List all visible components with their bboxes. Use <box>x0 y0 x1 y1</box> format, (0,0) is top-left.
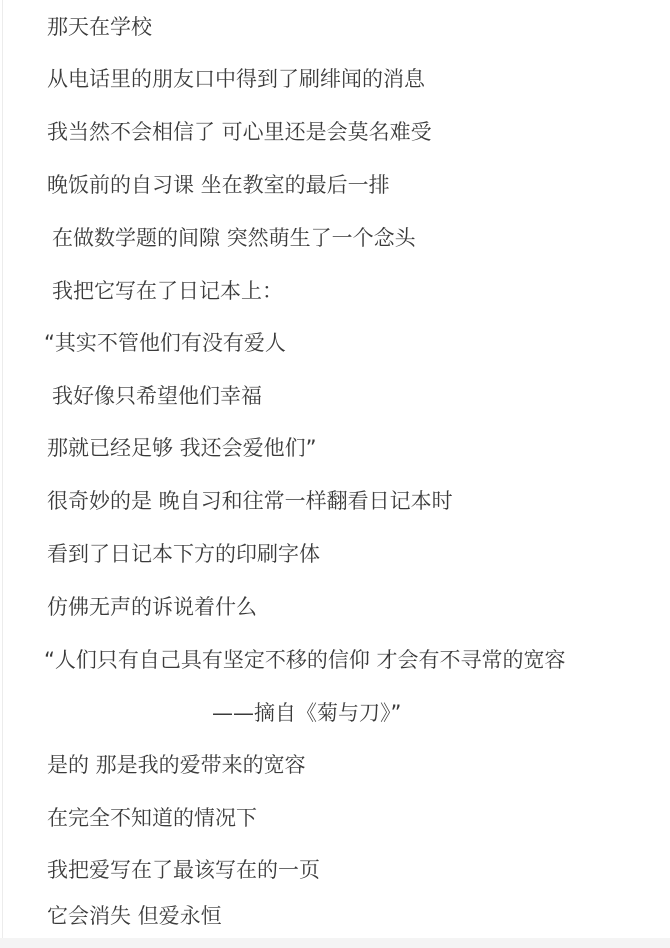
poem-line-6: 我把它写在了日记本上： <box>52 278 283 304</box>
poem-line-5: 在做数学题的间隙 突然萌生了一个念头 <box>52 225 416 251</box>
poem-line-17: 我把爱写在了最该写在的一页 <box>47 857 320 883</box>
left-border-rule <box>2 0 3 940</box>
poem-line-4: 晚饭前的自习课 坐在教室的最后一排 <box>47 172 390 198</box>
poem-line-9: 那就已经足够 我还会爱他们” <box>47 435 317 461</box>
poem-line-10: 很奇妙的是 晚自习和往常一样翻看日记本时 <box>47 488 453 514</box>
poem-line-13-quotation: “人们只有自己具有坚定不移的信仰 才会有不寻常的宽容 <box>44 647 566 673</box>
poem-line-8: 我好像只希望他们幸福 <box>52 383 262 409</box>
bottom-strip <box>0 938 670 948</box>
poem-line-3: 我当然不会相信了 可心里还是会莫名难受 <box>47 119 432 145</box>
poem-line-16: 在完全不知道的情况下 <box>47 805 257 831</box>
poem-line-15: 是的 那是我的爱带来的宽容 <box>47 752 306 778</box>
poem-line-2: 从电话里的朋友口中得到了刷绯闻的消息 <box>47 66 425 92</box>
poem-line-12: 仿佛无声的诉说着什么 <box>47 594 257 620</box>
poem-line-18: 它会消失 但爱永恒 <box>47 903 222 929</box>
poem-line-1: 那天在学校 <box>47 14 152 40</box>
poem-line-11: 看到了日记本下方的印刷字体 <box>47 541 320 567</box>
poem-line-7: “其实不管他们有没有爱人 <box>44 330 286 356</box>
poem-line-14-attribution: ——摘自《菊与刀》” <box>212 700 401 726</box>
